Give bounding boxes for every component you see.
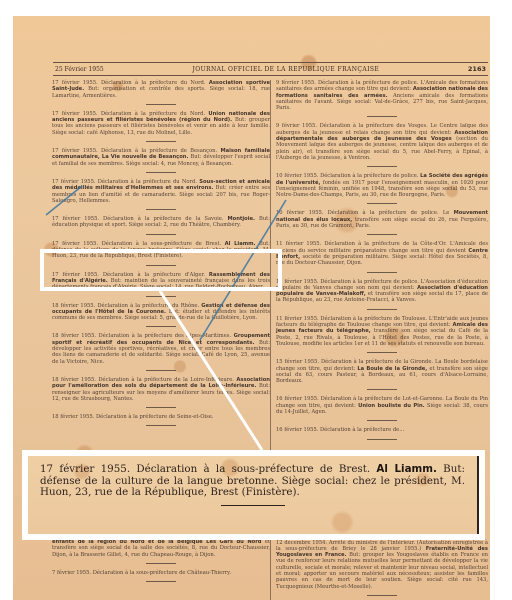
notice-entry: 17 février 1955. Déclaration à la préfec… [52,148,270,167]
notice-entry: 17 février 1955. Déclaration à la préfec… [52,216,270,229]
header-title: JOURNAL OFFICIEL DE LA REPUBLIQUE FRANÇA… [192,66,379,73]
notice-entry: 18 février 1955. Déclaration à la préfec… [52,414,270,420]
notice-text: 18 février 1955. Déclaration à la préfec… [52,333,234,339]
entry-separator [367,272,397,273]
entry-separator [146,296,176,297]
entry-separator [146,370,176,371]
entry-separator [146,326,176,327]
notice-text: 17 février 1955. Déclaration à la préfec… [52,111,208,117]
notice-details: But: organisation et contrôle des sports… [52,86,270,98]
entry-separator [367,234,397,235]
entry-separator [146,104,176,105]
association-name: Al Liamm. [225,241,256,247]
notice-entry: 16 février 1955. Déclaration à la préfec… [276,427,488,433]
highlight-box [40,249,282,291]
notice-entry: 9 février 1955. Déclaration à la préfect… [276,80,488,111]
entry-separator [367,595,397,596]
entry-separator [367,203,397,204]
excerpt-association-name: Al Liamm. [376,463,437,475]
association-name: La Boule de la Gironde, [357,366,427,372]
notice-text: 10 février 1955. Déclaration à la préfec… [276,173,420,179]
notice-entry: 12 décembre 1954. Arrêté du ministre de … [276,540,488,590]
notice-entry: 7 février 1955. Déclaration à la sous-pr… [52,570,270,576]
notice-text: 18 février 1955. Déclaration à la préfec… [52,303,201,309]
notice-entry: 18 février 1955. Déclaration à la préfec… [52,377,270,402]
notice-entry: 9 février 1955. Déclaration à la préfect… [276,123,488,161]
notice-text: 10 février 1955. Déclaration à la préfec… [276,210,454,216]
notice-entry: 16 février 1955. Déclaration à la préfec… [276,396,488,415]
entry-separator [367,166,397,167]
notice-entry: 18 février 1955. Déclaration à la préfec… [52,333,270,364]
notice-entry: 17 février 1955. Déclaration à la préfec… [52,80,270,99]
zoomed-excerpt: 17 février 1955. Déclaration à la sous-p… [28,456,479,534]
notice-entry: 11 février 1955. Déclaration à la préfec… [276,241,488,266]
notice-entry: 11 février 1955. Déclaration à la préfec… [276,316,488,347]
notice-entry: 17 février 1955. Déclaration à la préfec… [52,111,270,136]
entry-separator [367,352,397,353]
entry-separator [146,172,176,173]
notice-entry: 17 février 1955. Déclaration à la préfec… [52,179,270,204]
notice-details: société de préparation militaire. Siège … [276,254,488,266]
notice-text: 18 février 1955. Déclaration à la préfec… [52,377,236,383]
notice-text: 16 février 1955. Déclaration à la préfec… [276,427,404,433]
entry-separator [146,141,176,142]
entry-separator [367,309,397,310]
notice-details: But: grouper les Yougoslaves établis en … [276,552,488,589]
entry-separator [367,420,397,421]
entry-separator [146,581,176,582]
entry-separator [367,439,397,440]
notice-entry: 10 février 1955. Déclaration à la préfec… [276,173,488,198]
excerpt-date: 17 février 1955. Déclaration à la sous-p… [40,463,376,475]
association-name: Union bouliste du Pin. [358,403,425,409]
notice-entry: 11 février 1955. Déclaration à la préfec… [276,279,488,304]
header-date: 25 Février 1955 [55,66,104,73]
notice-text: 18 février 1955. Déclaration à la préfec… [52,414,214,420]
notice-text: 11 février 1955. Déclaration à la préfec… [276,241,488,253]
excerpt-separator [221,505,285,507]
notice-entry: 18 février 1955. Déclaration à la préfec… [52,303,270,322]
zoomed-excerpt-panel: 17 février 1955. Déclaration à la sous-p… [22,450,485,540]
entry-separator [146,209,176,210]
entry-separator [146,425,176,426]
page-header: 25 Février 1955 JOURNAL OFFICIEL DE LA R… [53,62,488,76]
entry-separator [367,389,397,390]
entry-separator [367,116,397,117]
notice-text: 17 février 1955. Déclaration à la sous-p… [52,241,225,247]
entry-separator [146,563,176,564]
entry-separator [146,407,176,408]
notice-text: 7 février 1955. Déclaration à la sous-pr… [52,570,231,576]
notice-entry: 15 février 1955. Déclaration à la préfec… [276,359,488,384]
entry-separator [146,234,176,235]
page-number: 2163 [468,65,486,73]
notice-entry: 10 février 1955. Déclaration à la préfec… [276,210,488,229]
